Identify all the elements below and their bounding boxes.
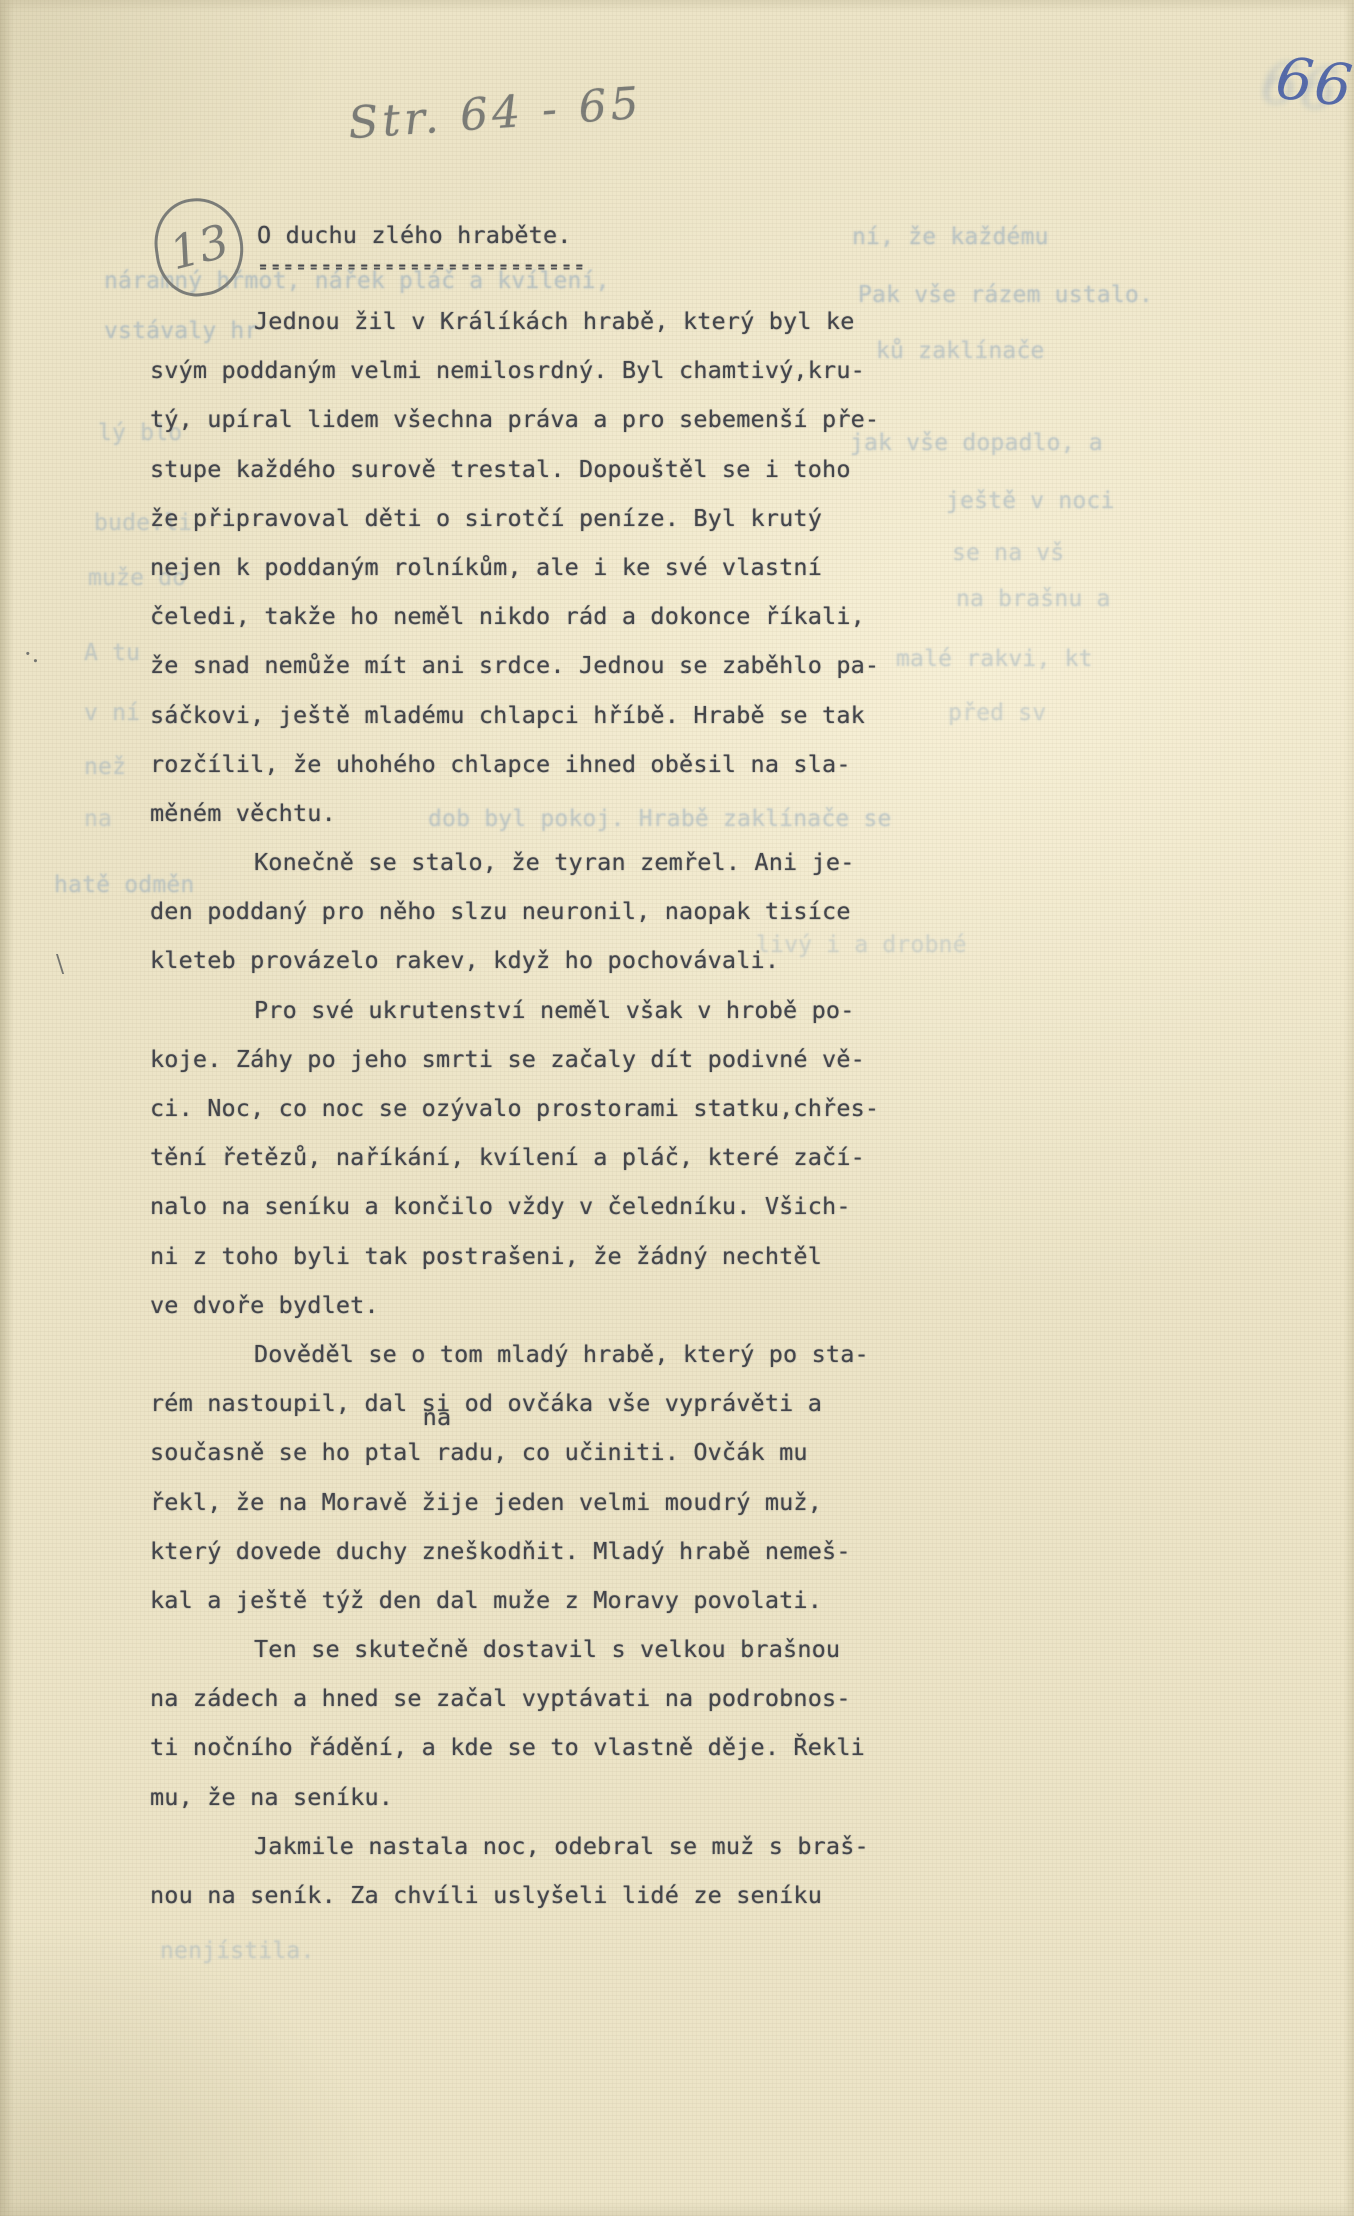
ghost-text-fragment: se na vš bbox=[952, 540, 1064, 566]
typed-line: měném věchtu. bbox=[150, 789, 930, 838]
typed-line: Jednou žil v Králíkách hrabě, který byl … bbox=[150, 297, 930, 346]
ghost-text-fragment: na bbox=[84, 806, 112, 832]
typed-line: kal a ještě týž den dal muže z Moravy po… bbox=[150, 1576, 930, 1625]
typed-line: sáčkovi, ještě mladému chlapci hříbě. Hr… bbox=[150, 691, 930, 740]
ghost-text-fragment: než bbox=[84, 754, 126, 780]
story-number-text: 13 bbox=[164, 214, 234, 281]
typed-line: ti nočního řádění, a kde se to vlastně d… bbox=[150, 1723, 930, 1772]
story-text: Jednou žil v Králíkách hrabě, který byl … bbox=[150, 297, 930, 1920]
typed-line: den poddaný pro něho slzu neuronil, naop… bbox=[150, 887, 930, 936]
typed-line: že snad nemůže mít ani srdce. Jednou se … bbox=[150, 641, 930, 690]
title-underline: -------------------------- bbox=[256, 250, 585, 278]
ghost-text-fragment: na brašnu a bbox=[956, 586, 1111, 612]
ghost-text-fragment: ní, že každému bbox=[852, 224, 1049, 250]
typed-line: mu, že na seníku. bbox=[150, 1773, 930, 1822]
typed-line: který dovede duchy zneškodňit. Mladý hra… bbox=[150, 1527, 930, 1576]
typed-line: ve dvoře bydlet. bbox=[150, 1281, 930, 1330]
ghost-text-fragment: v ní bbox=[84, 700, 140, 726]
typed-line: nejen k poddaným rolníkům, ale i ke své … bbox=[150, 543, 930, 592]
typed-line: Dověděl se o tom mladý hrabě, který po s… bbox=[150, 1330, 930, 1379]
typed-line: současně se ho ptal radu, co učiniti. Ov… bbox=[150, 1428, 930, 1477]
typed-line: čeledi, takže ho neměl nikdo rád a dokon… bbox=[150, 592, 930, 641]
typed-line: na zádech a hned se začal vyptávati na p… bbox=[150, 1674, 930, 1723]
document-page: ní, že každémunáramný hřmot, nářek pláč … bbox=[0, 0, 1354, 2216]
typed-line: koje. Záhy po jeho smrti se začaly dít p… bbox=[150, 1035, 930, 1084]
typed-line: ci. Noc, co noc se ozývalo prostorami st… bbox=[150, 1084, 930, 1133]
typed-line: nalo na seníku a končilo vždy v čeledník… bbox=[150, 1182, 930, 1231]
typed-line: že připravoval děti o sirotčí peníze. By… bbox=[150, 494, 930, 543]
typed-line: tý, upíral lidem všechna práva a pro seb… bbox=[150, 395, 930, 444]
ghost-text-fragment: ještě v noci bbox=[946, 488, 1115, 514]
typed-line: tění řetězů, naříkání, kvílení a pláč, k… bbox=[150, 1133, 930, 1182]
typed-line: rozčílil, že uhohého chlapce ihned oběsi… bbox=[150, 740, 930, 789]
ghost-text-fragment: před sv bbox=[948, 700, 1046, 726]
typed-line: svým poddaným velmi nemilosrdný. Byl cha… bbox=[150, 346, 930, 395]
typed-line: Ten se skutečně dostavil s velkou brašno… bbox=[150, 1625, 930, 1674]
ghost-text-fragment: nenjístila. bbox=[160, 1938, 315, 1964]
story-title: O duchu zlého hraběte. bbox=[257, 221, 572, 249]
typed-line: rém nastoupil, dal sina od ovčáka vše vy… bbox=[150, 1379, 930, 1428]
typed-line: kleteb provázelo rakev, když ho pochováv… bbox=[150, 936, 930, 985]
pencil-mark: \ bbox=[56, 950, 64, 978]
typed-line: stupe každého surově trestal. Dopouštěl … bbox=[150, 445, 930, 494]
typed-line: Konečně se stalo, že tyran zemřel. Ani j… bbox=[150, 838, 930, 887]
typed-line: Pro své ukrutenství neměl však v hrobě p… bbox=[150, 986, 930, 1035]
typed-line: řekl, že na Moravě žije jeden velmi moud… bbox=[150, 1478, 930, 1527]
inline-correction: sina bbox=[422, 1379, 451, 1428]
typed-line: ni z toho byli tak postrašeni, že žádný … bbox=[150, 1232, 930, 1281]
ghost-text-fragment: A tu bbox=[84, 640, 140, 666]
typed-line: Jakmile nastala noc, odebral se muž s br… bbox=[150, 1822, 930, 1871]
pencil-mark: ·. bbox=[24, 640, 39, 668]
typed-line: nou na seník. Za chvíli uslyšeli lidé ze… bbox=[150, 1871, 930, 1920]
corner-page-number: 66 bbox=[1272, 44, 1354, 121]
